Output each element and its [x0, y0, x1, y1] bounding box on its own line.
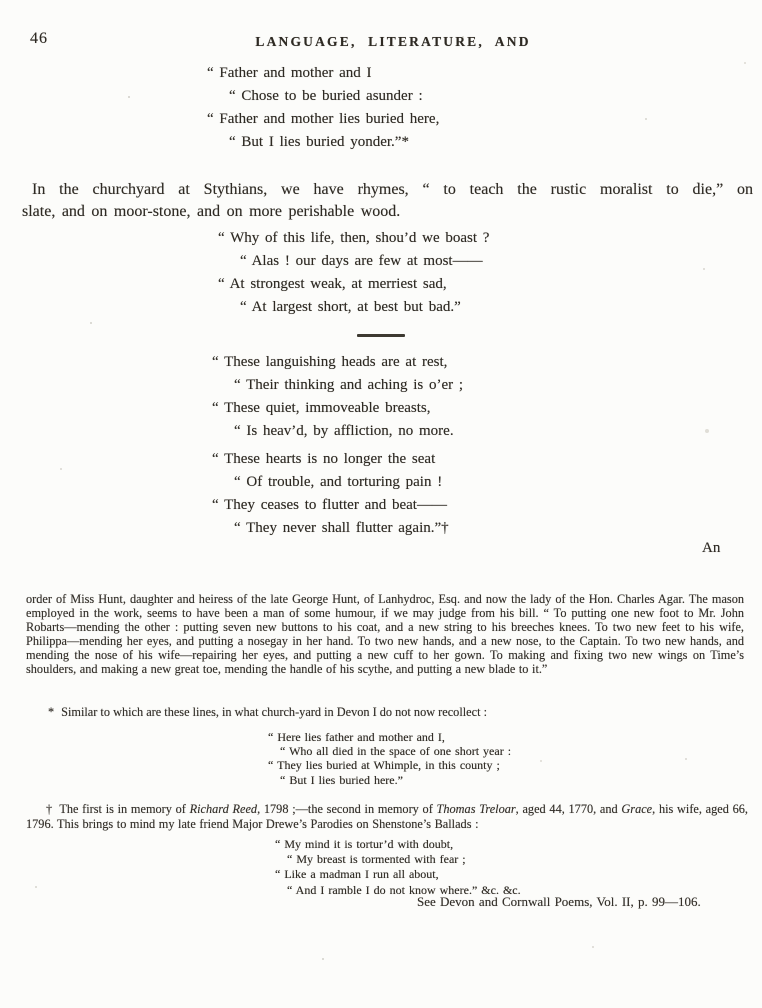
person-name-grace: Grace: [621, 802, 652, 816]
footnote-verse-line: “ They lies buried at Whimple, in this c…: [268, 758, 511, 772]
verse-line: “ At largest short, at best but bad.”: [240, 296, 489, 319]
footnote-star: *Similar to which are these lines, in wh…: [48, 706, 487, 720]
footnote-verse-parody: “ My mind it is tortur’d with doubt, “ M…: [275, 837, 521, 898]
footnote-verse-whimple: “ Here lies father and mother and I, “ W…: [268, 730, 511, 787]
paragraph-line: slate, and on moor-stone, and on more pe…: [22, 201, 753, 223]
person-name-thomas-treloar: Thomas Treloar: [437, 802, 516, 816]
footnote-star-text: Similar to which are these lines, in wha…: [61, 705, 487, 719]
verse-languishing-heads: “ These languishing heads are at rest, “…: [212, 351, 463, 443]
verse-line: “ Is heav’d, by affliction, no more.: [234, 420, 463, 443]
verse-line: “ Chose to be buried asunder :: [229, 85, 439, 108]
running-header: LANGUAGE, LITERATURE, AND: [0, 34, 762, 50]
dagger-footnote-marker: †: [46, 802, 59, 816]
verse-line: “ These languishing heads are at rest,: [212, 351, 463, 374]
footnote-verse-line: “ My breast is tormented with fear ;: [287, 852, 521, 867]
verse-line: “ Father and mother and I: [207, 62, 439, 85]
verse-line: “ They ceases to flutter and beat——: [212, 494, 449, 517]
footnote-continuation-miss-hunt: order of Miss Hunt, daughter and heiress…: [26, 593, 744, 676]
footnote-verse-line: “ Who all died in the space of one short…: [280, 744, 511, 758]
verse-why-of-this-life: “ Why of this life, then, shou’d we boas…: [218, 227, 489, 319]
verse-line: “ Their thinking and aching is o’er ;: [234, 374, 463, 397]
catchword: An: [702, 540, 720, 557]
footnote-verse-line: “ But I lies buried here.”: [280, 773, 511, 787]
verse-line: “ At strongest weak, at merriest sad,: [218, 273, 489, 296]
footnote-verse-line: “ Here lies father and mother and I,: [268, 730, 511, 744]
footnote-dagger-text: , aged 44, 1770, and: [516, 802, 622, 816]
paragraph-line: In the churchyard at Stythians, we have …: [22, 179, 753, 201]
body-paragraph-stythians: In the churchyard at Stythians, we have …: [22, 179, 753, 223]
verse-line: “ These quiet, immoveable breasts,: [212, 397, 463, 420]
footnote-dagger-text: The first is in memory of: [59, 802, 189, 816]
footnote-verse-line: “ Like a madman I run all about,: [275, 867, 521, 882]
verse-line: “ But I lies buried yonder.”*: [229, 131, 439, 154]
verse-father-and-mother: “ Father and mother and I “ Chose to be …: [207, 62, 439, 154]
footnote-reference-citation: See Devon and Cornwall Poems, Vol. II, p…: [417, 895, 701, 909]
verse-line: “ Father and mother lies buried here,: [207, 108, 439, 131]
verse-line: “ They never shall flutter again.”†: [234, 517, 449, 540]
section-divider-rule: [357, 334, 405, 337]
asterisk-footnote-marker: *: [48, 705, 61, 719]
verse-line: “ Of trouble, and torturing pain !: [234, 471, 449, 494]
person-name-richard-reed: Richard Reed: [190, 802, 257, 816]
verse-line: “ Alas ! our days are few at most——: [240, 250, 489, 273]
footnote-dagger: †The first is in memory of Richard Reed,…: [26, 802, 748, 832]
verse-line: “ These hearts is no longer the seat: [212, 448, 449, 471]
verse-these-hearts: “ These hearts is no longer the seat “ O…: [212, 448, 449, 540]
paper-noise-specks: [0, 0, 2, 2]
footnote-verse-line: “ My mind it is tortur’d with doubt,: [275, 837, 521, 852]
footnote-dagger-text: , 1798 ;—the second in memory of: [257, 802, 436, 816]
verse-line: “ Why of this life, then, shou’d we boas…: [218, 227, 489, 250]
